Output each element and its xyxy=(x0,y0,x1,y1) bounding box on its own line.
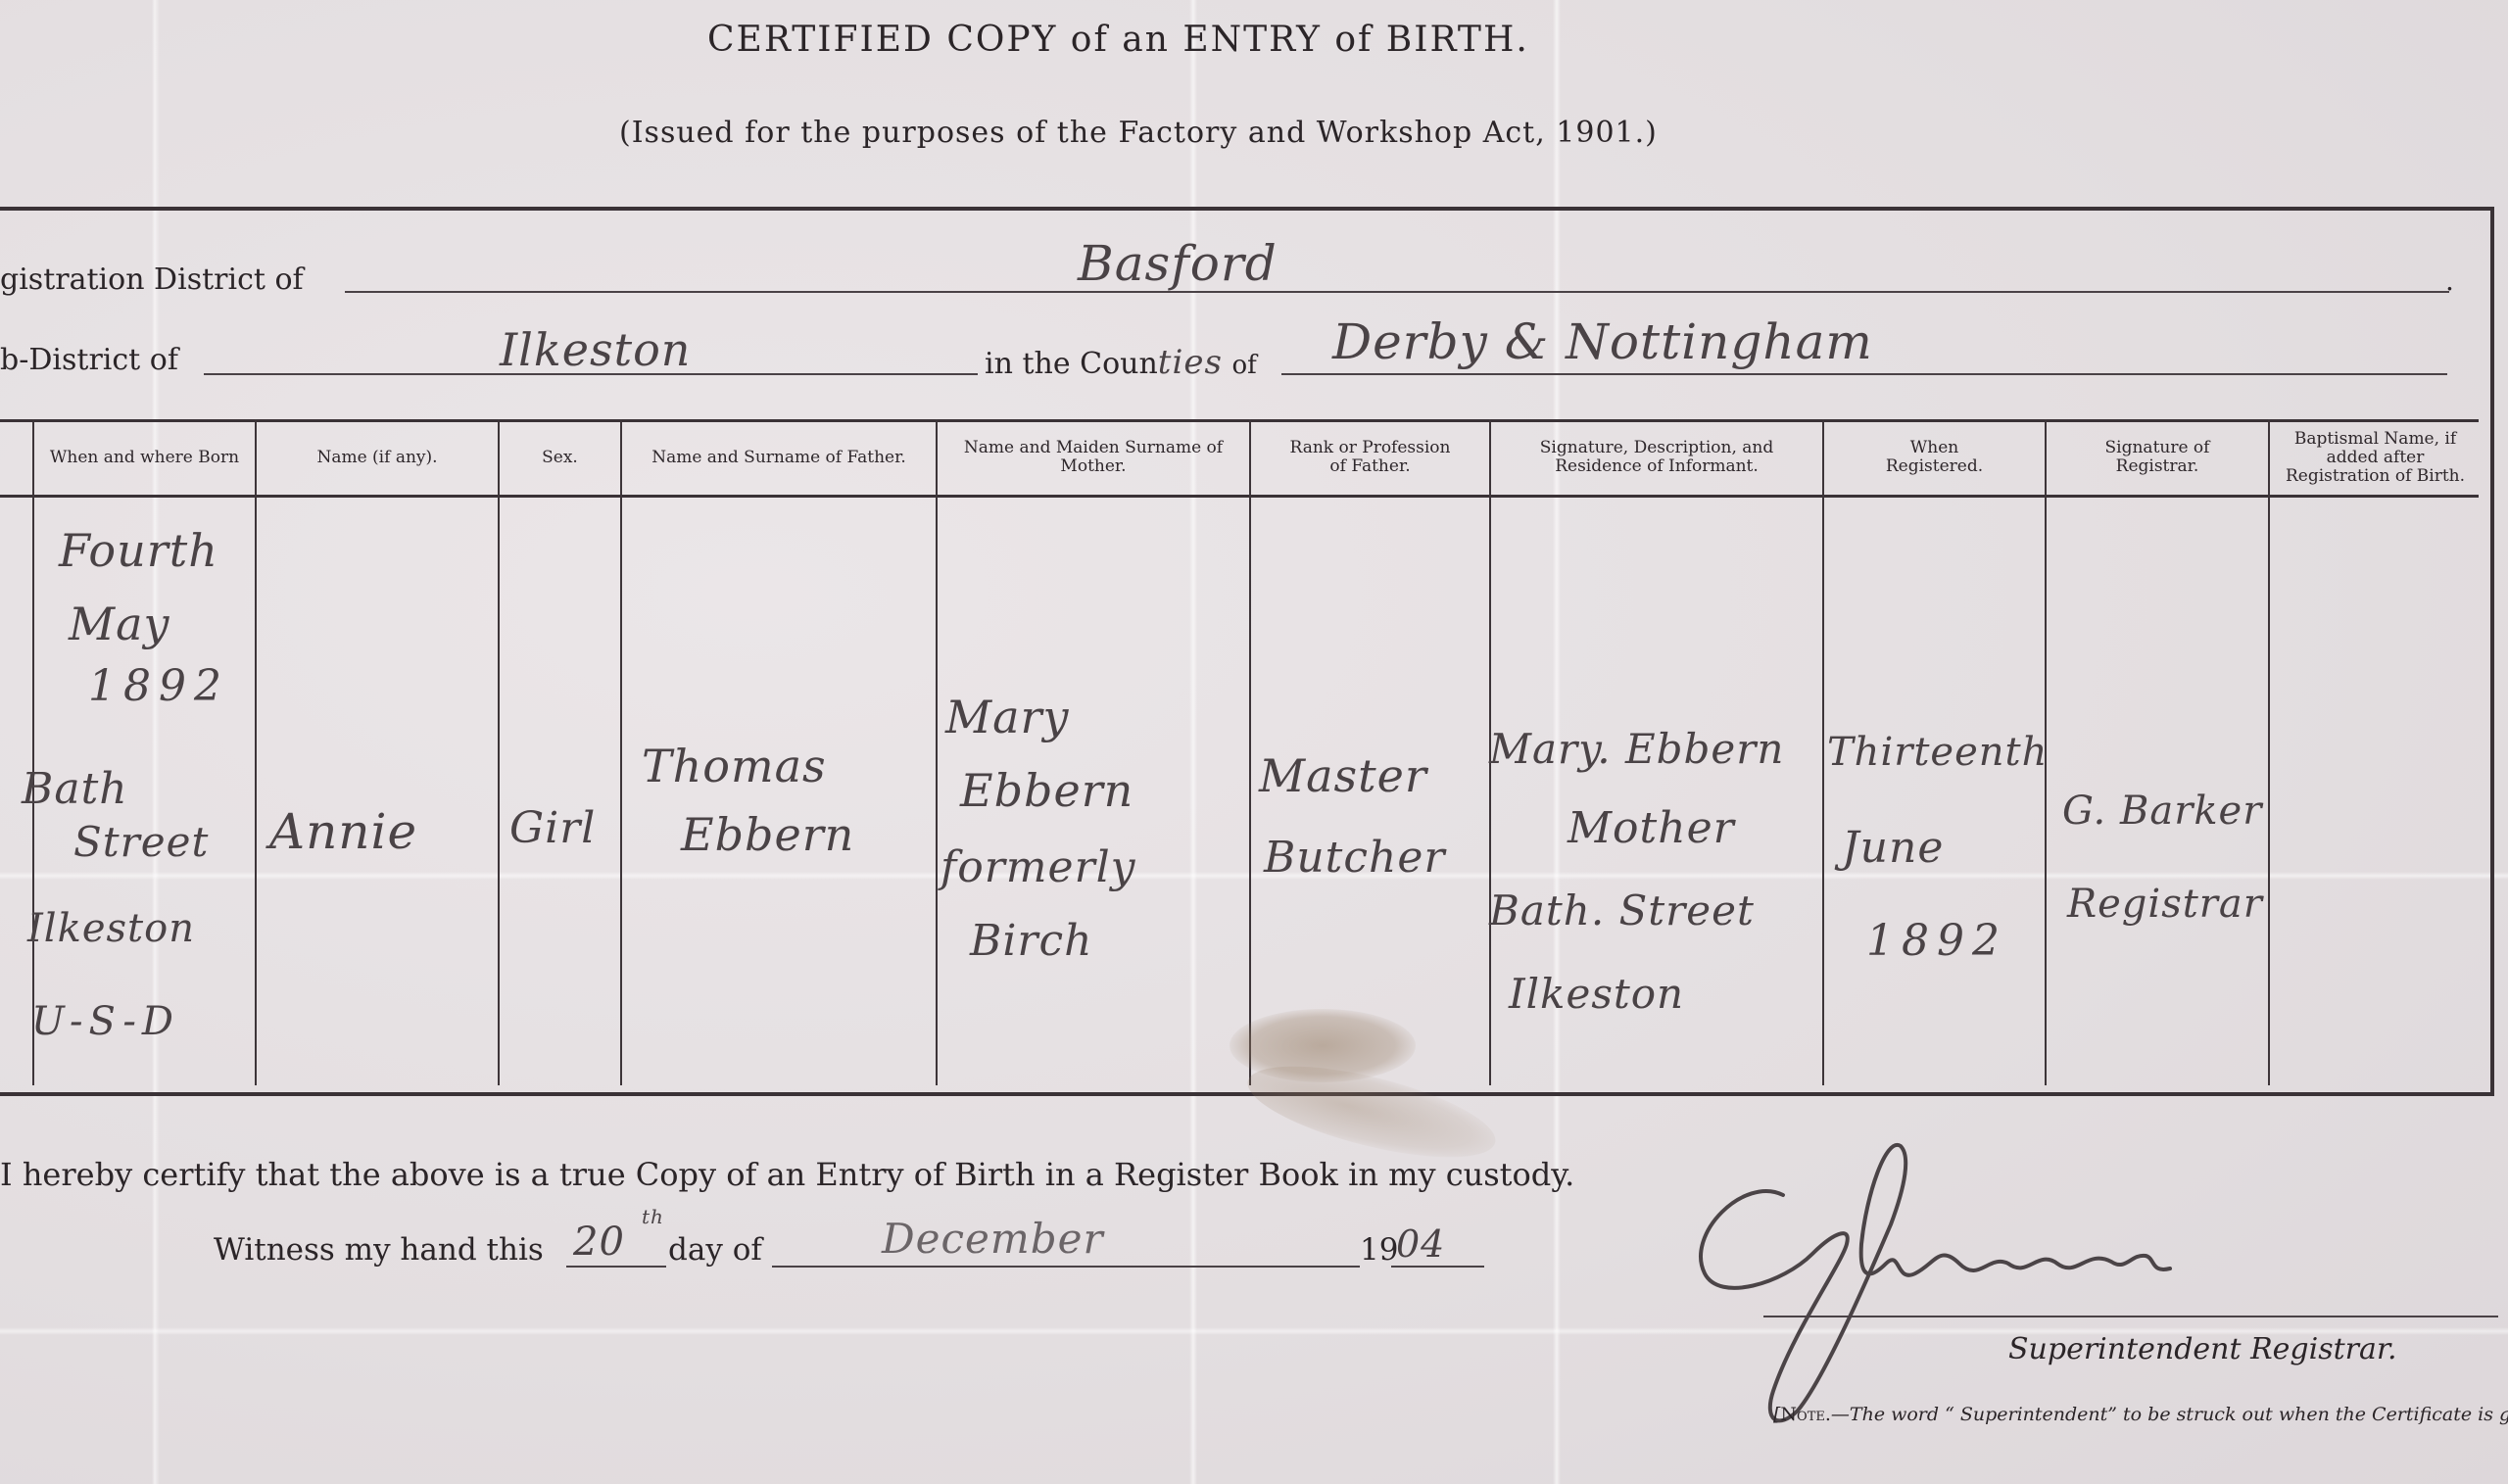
counties-label-text: in the Coun xyxy=(985,347,1158,381)
column-header-sex: Sex. xyxy=(500,423,620,492)
column-header-when-where-born: When and where Born xyxy=(34,423,255,492)
column-header-baptismal-name: Baptismal Name, if added after Registrat… xyxy=(2270,423,2481,492)
mother-formerly: formerly xyxy=(940,842,1136,892)
witness-prefix: Witness my hand this xyxy=(214,1232,544,1268)
column-header-mother: Name and Maiden Surname of Mother. xyxy=(938,423,1249,492)
witness-year-line xyxy=(1391,1266,1484,1268)
signature-text: C J Spencer xyxy=(1680,1151,1697,1152)
registrar-title: Registrar xyxy=(2067,882,2263,927)
note-text: —The word “ Superintendent” to be struck… xyxy=(1831,1404,2508,1425)
registration-district-value: Basford xyxy=(1078,235,1278,292)
superintendent-note: [Note.—The word “ Superintendent” to be … xyxy=(1773,1403,2479,1426)
counties-value: Derby & Nottingham xyxy=(1332,313,1873,370)
column-divider xyxy=(498,419,500,1085)
register-table-frame xyxy=(0,207,2494,1096)
column-header-name: Name (if any). xyxy=(257,423,498,492)
birth-month: May xyxy=(69,598,170,650)
column-divider xyxy=(620,419,622,1085)
informant-residence-town: Ilkeston xyxy=(1509,970,1684,1018)
column-header-informant: Signature, Description, and Residence of… xyxy=(1491,423,1822,492)
child-sex: Girl xyxy=(509,803,596,853)
child-name: Annie xyxy=(269,803,417,860)
column-divider xyxy=(1822,419,1824,1085)
father-profession-line1: Master xyxy=(1259,749,1427,802)
father-first-name: Thomas xyxy=(642,740,827,792)
registrar-name: G. Barker xyxy=(2062,789,2262,834)
registration-district-label: gistration District of xyxy=(0,263,304,297)
father-surname: Ebbern xyxy=(681,808,854,861)
column-divider xyxy=(32,419,34,1085)
counties-of: of xyxy=(1231,351,1256,380)
birth-year: 1892 xyxy=(88,661,229,711)
witness-day-line xyxy=(566,1266,666,1268)
birth-place-town: Ilkeston xyxy=(27,906,195,951)
column-divider xyxy=(2268,419,2270,1085)
counties-line xyxy=(1281,373,2447,375)
counties-label-hand: ties xyxy=(1158,343,1223,382)
informant-residence-street: Bath. Street xyxy=(1489,886,1755,934)
column-header-father-profession: Rank or Profession of Father. xyxy=(1251,423,1489,492)
registration-district-period: . xyxy=(2445,264,2454,297)
registration-district-line xyxy=(345,291,2449,293)
signature-line xyxy=(1763,1316,2498,1317)
witness-month-line xyxy=(772,1266,1360,1268)
column-header-when-registered: When Registered. xyxy=(1824,423,2045,492)
counties-label: in the Counties of xyxy=(985,343,1257,382)
mother-maiden-name: Birch xyxy=(970,916,1092,966)
father-profession-line2: Butcher xyxy=(1264,833,1445,883)
signatory-title: Superintendent Registrar. xyxy=(2008,1332,2397,1366)
birth-place-line2: Street xyxy=(73,818,209,866)
witness-day-of: day of xyxy=(668,1232,762,1268)
note-label: Note. xyxy=(1780,1404,1830,1425)
registered-month: June xyxy=(1842,823,1944,873)
witness-month: December xyxy=(882,1215,1104,1263)
mother-first-name: Mary xyxy=(945,691,1070,743)
informant-description: Mother xyxy=(1567,803,1735,853)
birth-place-district: U-S-D xyxy=(31,999,179,1044)
column-divider xyxy=(1249,419,1251,1085)
witness-year-printed: 19 xyxy=(1360,1232,1398,1268)
witness-day: 20 xyxy=(573,1220,625,1265)
superintendent-signature-icon xyxy=(1665,1117,2469,1440)
mother-surname: Ebbern xyxy=(960,764,1133,817)
column-divider xyxy=(936,419,938,1085)
registered-year: 1892 xyxy=(1866,916,2007,966)
registered-day: Thirteenth xyxy=(1827,730,2048,775)
sub-district-value: Ilkeston xyxy=(500,323,691,376)
witness-day-suffix: th xyxy=(642,1205,664,1228)
column-divider xyxy=(255,419,257,1085)
sub-district-label: b-District of xyxy=(0,343,178,377)
informant-name: Mary. Ebbern xyxy=(1489,725,1784,773)
column-header-registrar-signature: Signature of Registrar. xyxy=(2047,423,2268,492)
certification-statement: I hereby certify that the above is a tru… xyxy=(0,1156,1574,1193)
column-header-father: Name and Surname of Father. xyxy=(622,423,936,492)
birth-place-line1: Bath xyxy=(22,764,128,814)
table-header-bottom-rule xyxy=(0,495,2479,498)
witness-year-hand: 04 xyxy=(1396,1222,1445,1266)
document-subtitle: (Issued for the purposes of the Factory … xyxy=(619,116,1658,150)
table-header-top-rule xyxy=(0,419,2479,422)
birth-day: Fourth xyxy=(59,524,218,577)
